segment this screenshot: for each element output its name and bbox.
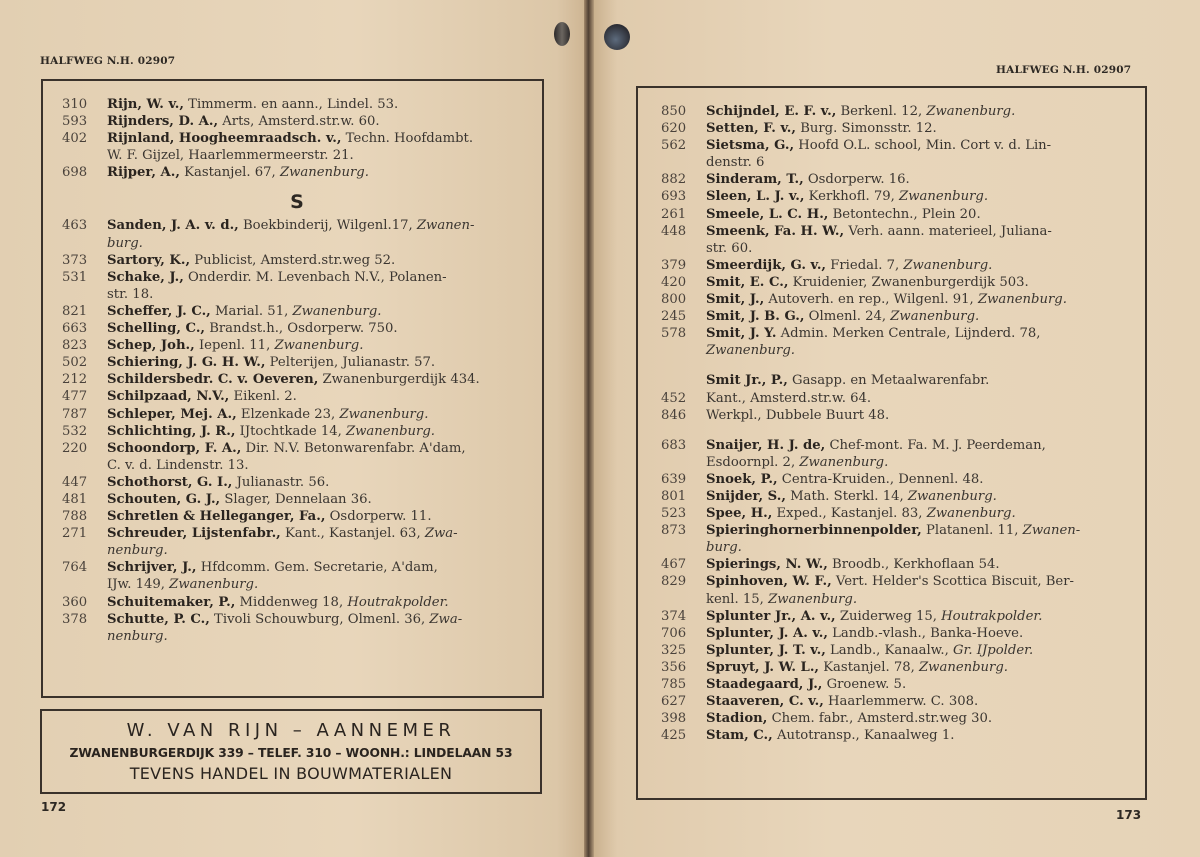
entry-details: Zwanenburgerdijk 434. [318, 372, 479, 387]
entry-text: Sleen, L. J. v., Kerkhofl. 79, Zwanenbur… [706, 188, 1131, 205]
entry-details: Kastanjel. 67, [180, 165, 280, 180]
entry-name: Sanden, J. A. v. d., [107, 218, 239, 233]
entry-locality: Zwanen- [417, 218, 475, 233]
phone-number: 693 [661, 188, 706, 205]
phone-number: 627 [661, 693, 706, 710]
phone-number: 785 [661, 676, 706, 693]
running-head-left: HALFWEG N.H. 02907 [40, 55, 175, 67]
entry-locality: Zwanenburg. [799, 455, 888, 470]
entry-details: Chem. fabr., Amsterd.str.weg 30. [767, 711, 992, 726]
entry-locality: burg. [706, 540, 742, 555]
directory-entry: 846Werkpl., Dubbele Buurt 48. [661, 407, 1131, 424]
entry-details: Slager, Dennelaan 36. [220, 492, 372, 507]
entry-name: Schijndel, E. F. v., [706, 104, 836, 119]
entry-details: Onderdir. M. Levenbach N.V., Polanen- [184, 270, 447, 285]
entry-text: Sinderam, T., Osdorperw. 16. [706, 171, 1131, 188]
entry-text: Schildersbedr. C. v. Oeveren, Zwanenburg… [107, 371, 532, 388]
directory-entry: 823Schep, Joh., Iepenl. 11, Zwanenburg. [62, 337, 532, 354]
entry-locality: Gr. IJpolder. [953, 643, 1033, 658]
entry-locality: nenburg. [107, 629, 168, 644]
phone-number: 373 [62, 252, 107, 269]
spacer [661, 424, 1131, 437]
entry-locality: Zwanenburg. [926, 104, 1015, 119]
phone-number: 452 [661, 390, 706, 407]
entry-text: Spierings, N. W., Broodb., Kerkhoflaan 5… [706, 556, 1131, 573]
entry-name: Rijper, A., [107, 165, 180, 180]
entry-locality: Zwanenburg. [899, 189, 988, 204]
entries-s: 463Sanden, J. A. v. d., Boekbinderij, Wi… [62, 217, 532, 644]
entry-name: Sinderam, T., [706, 172, 804, 187]
entry-name: Scheffer, J. C., [107, 304, 211, 319]
entry-details: Pelterijen, Julianastr. 57. [265, 355, 435, 370]
section-letter: S [62, 189, 532, 215]
directory-entry: 873Spieringhornerbinnenpolder, Platanenl… [661, 522, 1131, 539]
directory-entry: 562Sietsma, G., Hoofd O.L. school, Min. … [661, 137, 1131, 154]
directory-entry: 683Snaijer, H. J. de, Chef-mont. Fa. M. … [661, 437, 1131, 454]
entry-name: Smit Jr., P., [706, 373, 788, 388]
entry-text: Snoek, P., Centra-Kruiden., Dennenl. 48. [706, 471, 1131, 488]
entry-text: Schrijver, J., Hfdcomm. Gem. Secretarie,… [107, 559, 532, 576]
phone-number: 620 [661, 120, 706, 137]
phone-number: 360 [62, 594, 107, 611]
entry-name: Rijnders, D. A., [107, 114, 218, 129]
directory-entry: 821Scheffer, J. C., Marial. 51, Zwanenbu… [62, 303, 532, 320]
entry-locality: Zwanenburg. [346, 424, 435, 439]
directory-entry: 693Sleen, L. J. v., Kerkhofl. 79, Zwanen… [661, 188, 1131, 205]
entry-details: Autoverh. en rep., Wilgenl. 91, [764, 292, 978, 307]
entry-name: Schildersbedr. C. v. Oeveren, [107, 372, 318, 387]
entry-locality: nenburg. [107, 543, 168, 558]
entry-name: Spruyt, J. W. L., [706, 660, 819, 675]
entry-text: Setten, F. v., Burg. Simonsstr. 12. [706, 120, 1131, 137]
directory-entry: 829Spinhoven, W. F., Vert. Helder's Scot… [661, 573, 1131, 590]
directory-entry: 467Spierings, N. W., Broodb., Kerkhoflaa… [661, 556, 1131, 573]
entry-details: IJtochtkade 14, [235, 424, 346, 439]
phone-number: 821 [62, 303, 107, 320]
entry-text: Smit, J. Y. Admin. Merken Centrale, Lijn… [706, 325, 1131, 342]
phone-number: 683 [661, 437, 706, 454]
entry-name: Snaijer, H. J. de, [706, 438, 825, 453]
entry-text: Stam, C., Autotransp., Kanaalweg 1. [706, 727, 1131, 744]
phone-number: 800 [661, 291, 706, 308]
entry-text: Schleper, Mej. A., Elzenkade 23, Zwanenb… [107, 406, 532, 423]
entry-name: Stadion, [706, 711, 767, 726]
entry-details: Marial. 51, [211, 304, 293, 319]
entry-text: Schreuder, Lijstenfabr., Kant., Kastanje… [107, 525, 532, 542]
entry-name: Schelling, C., [107, 321, 205, 336]
binding-hole-icon [604, 24, 630, 50]
entry-details: Boekbinderij, Wilgenl.17, [239, 218, 417, 233]
directory-entry: 502Schiering, J. G. H. W., Pelterijen, J… [62, 354, 532, 371]
entry-name: Schep, Joh., [107, 338, 195, 353]
directory-entry: 663Schelling, C., Brandst.h., Osdorperw.… [62, 320, 532, 337]
directory-entry: 627Staaveren, C. v., Haarlemmerw. C. 308… [661, 693, 1131, 710]
entry-locality: Zwanenburg. [890, 309, 979, 324]
entry-details: Middenweg 18, [235, 595, 347, 610]
entry-details: Exped., Kastanjel. 83, [772, 506, 926, 521]
advertisement-box: W. VAN RIJN – AANNEMER ZWANENBURGERDIJK … [40, 709, 542, 794]
entry-text: Schijndel, E. F. v., Berkenl. 12, Zwanen… [706, 103, 1131, 120]
entries-group-a: 850Schijndel, E. F. v., Berkenl. 12, Zwa… [661, 103, 1131, 359]
entry-details: Autotransp., Kanaalweg 1. [773, 728, 955, 743]
entry-name: Smeele, L. C. H., [706, 207, 828, 222]
phone-number: 374 [661, 608, 706, 625]
entry-details: Friedal. 7, [826, 258, 903, 273]
entry-text: Splunter, J. A. v., Landb.-vlash., Banka… [706, 625, 1131, 642]
entry-details: str. 60. [706, 241, 752, 256]
entries-r: 310Rijn, W. v., Timmerm. en aann., Linde… [62, 96, 532, 181]
entry-text: Schelling, C., Brandst.h., Osdorperw. 75… [107, 320, 532, 337]
entry-details: Admin. Merken Centrale, Lijnderd. 78, [776, 326, 1040, 341]
directory-entry: 356Spruyt, J. W. L., Kastanjel. 78, Zwan… [661, 659, 1131, 676]
entry-details: Platanenl. 11, [922, 523, 1023, 538]
entry-name: Staadegaard, J., [706, 677, 822, 692]
phone-number: 467 [661, 556, 706, 573]
directory-entry: 271Schreuder, Lijstenfabr., Kant., Kasta… [62, 525, 532, 542]
entry-details: Werkpl., Dubbele Buurt 48. [706, 408, 889, 423]
entry-name: Splunter Jr., A. v., [706, 609, 836, 624]
phone-number: 220 [62, 440, 107, 457]
phone-number: 402 [62, 130, 107, 147]
entry-name: Smit, J. B. G., [706, 309, 804, 324]
phone-number: 532 [62, 423, 107, 440]
directory-entry: 593Rijnders, D. A., Arts, Amsterd.str.w.… [62, 113, 532, 130]
entry-name: Schlichting, J. R., [107, 424, 235, 439]
directory-entry: 788Schretlen & Helleganger, Fa., Osdorpe… [62, 508, 532, 525]
phone-number: 378 [62, 611, 107, 628]
phone-number: 787 [62, 406, 107, 423]
entry-name: Spinhoven, W. F., [706, 574, 832, 589]
entry-text: Schiering, J. G. H. W., Pelterijen, Juli… [107, 354, 532, 371]
entry-text: Rijnders, D. A., Arts, Amsterd.str.w. 60… [107, 113, 532, 130]
entry-locality: Zwanenburg. [908, 489, 997, 504]
entry-text: Schake, J., Onderdir. M. Levenbach N.V.,… [107, 269, 532, 286]
phone-number: 764 [62, 559, 107, 576]
entry-continuation: nenburg. [62, 628, 532, 645]
entry-name: Spierings, N. W., [706, 557, 828, 572]
page-number-left: 172 [41, 800, 66, 814]
entry-name: Spee, H., [706, 506, 772, 521]
entry-locality: Zwanenburg. [978, 292, 1067, 307]
entry-name: Schilpzaad, N.V., [107, 389, 229, 404]
directory-listing-left: 310Rijn, W. v., Timmerm. en aann., Linde… [62, 96, 532, 645]
phone-number: 477 [62, 388, 107, 405]
entry-details: Landb., Kanaalw., [826, 643, 953, 658]
phone-number: 261 [661, 206, 706, 223]
ad-tagline: TEVENS HANDEL IN BOUWMATERIALEN [42, 763, 540, 784]
entry-details: Tivoli Schouwburg, Olmenl. 36, [210, 612, 430, 627]
directory-entry: 447Schothorst, G. I., Julianastr. 56. [62, 474, 532, 491]
phone-number: 310 [62, 96, 107, 113]
directory-entry: 532Schlichting, J. R., IJtochtkade 14, Z… [62, 423, 532, 440]
directory-entry: 420Smit, E. C., Kruidenier, Zwanenburger… [661, 274, 1131, 291]
entry-text: Schep, Joh., Iepenl. 11, Zwanenburg. [107, 337, 532, 354]
entry-locality: burg. [107, 236, 143, 251]
entry-continuation: Zwanenburg. [661, 342, 1131, 359]
entry-details: Landb.-vlash., Banka-Hoeve. [828, 626, 1023, 641]
entry-details: Gasapp. en Metaalwarenfabr. [788, 373, 990, 388]
entry-details: Verh. aann. materieel, Juliana- [844, 224, 1052, 239]
entry-name: Sietsma, G., [706, 138, 794, 153]
entry-name: Sleen, L. J. v., [706, 189, 804, 204]
directory-entry: 785Staadegaard, J., Groenew. 5. [661, 676, 1131, 693]
entry-text: Smit, J., Autoverh. en rep., Wilgenl. 91… [706, 291, 1131, 308]
directory-entry: 850Schijndel, E. F. v., Berkenl. 12, Zwa… [661, 103, 1131, 120]
phone-number: 463 [62, 217, 107, 234]
entry-details: Haarlemmerw. C. 308. [824, 694, 978, 709]
directory-entry: 882Sinderam, T., Osdorperw. 16. [661, 171, 1131, 188]
entry-text: Staaveren, C. v., Haarlemmerw. C. 308. [706, 693, 1131, 710]
entry-details: C. v. d. Lindenstr. 13. [107, 458, 249, 473]
entry-details: Kant., Amsterd.str.w. 64. [706, 391, 871, 406]
entry-locality: Zwanen- [1023, 523, 1081, 538]
directory-entry: 378Schutte, P. C., Tivoli Schouwburg, Ol… [62, 611, 532, 628]
entry-name: Smeenk, Fa. H. W., [706, 224, 844, 239]
phone-number: 502 [62, 354, 107, 371]
entry-text: Schuitemaker, P., Middenweg 18, Houtrakp… [107, 594, 532, 611]
entry-details: Chef-mont. Fa. M. J. Peerdeman, [825, 438, 1046, 453]
entry-details: Timmerm. en aann., Lindel. 53. [184, 97, 398, 112]
entry-details: Techn. Hoofdambt. [341, 131, 473, 146]
phone-number: 846 [661, 407, 706, 424]
entry-name: Rijn, W. v., [107, 97, 184, 112]
entry-details: Eikenl. 2. [229, 389, 297, 404]
entry-text: Schlichting, J. R., IJtochtkade 14, Zwan… [107, 423, 532, 440]
phone-number: 823 [62, 337, 107, 354]
directory-entry: 379Smeerdijk, G. v., Friedal. 7, Zwanenb… [661, 257, 1131, 274]
entry-details: Publicist, Amsterd.str.weg 52. [190, 253, 395, 268]
entry-name: Schothorst, G. I., [107, 475, 232, 490]
directory-entry: 620Setten, F. v., Burg. Simonsstr. 12. [661, 120, 1131, 137]
entry-details: Julianastr. 56. [232, 475, 329, 490]
entry-continuation: burg. [62, 235, 532, 252]
entry-details: Olmenl. 24, [804, 309, 890, 324]
directory-entry: 452Kant., Amsterd.str.w. 64. [661, 390, 1131, 407]
entry-details: Osdorperw. 16. [804, 172, 910, 187]
phone-number: 523 [661, 505, 706, 522]
entry-locality: Zwa- [429, 612, 462, 627]
entry-continuation: str. 60. [661, 240, 1131, 257]
entry-locality: Zwanenburg. [339, 407, 428, 422]
directory-entry: 801Snijder, S., Math. Sterkl. 14, Zwanen… [661, 488, 1131, 505]
directory-entry: 261Smeele, L. C. H., Betontechn., Plein … [661, 206, 1131, 223]
entry-details: denstr. 6 [706, 155, 764, 170]
phone-number: 398 [661, 710, 706, 727]
directory-entry: 523Spee, H., Exped., Kastanjel. 83, Zwan… [661, 505, 1131, 522]
entry-text: Smit Jr., P., Gasapp. en Metaalwarenfabr… [706, 372, 1131, 389]
entry-name: Spieringhornerbinnenpolder, [706, 523, 922, 538]
entry-name: Schiering, J. G. H. W., [107, 355, 265, 370]
entry-name: Smit, J., [706, 292, 764, 307]
entry-name: Schrijver, J., [107, 560, 197, 575]
phone-number: 593 [62, 113, 107, 130]
entry-details: Kruidenier, Zwanenburgerdijk 503. [788, 275, 1028, 290]
entry-details: Berkenl. 12, [836, 104, 926, 119]
entries-group-c: 683Snaijer, H. J. de, Chef-mont. Fa. M. … [661, 437, 1131, 745]
entry-locality: Zwanenburg. [706, 343, 795, 358]
entry-name: Schretlen & Helleganger, Fa., [107, 509, 325, 524]
phone-number: 481 [62, 491, 107, 508]
phone-number: 325 [661, 642, 706, 659]
spacer [661, 359, 1131, 372]
entry-details: Dir. N.V. Betonwarenfabr. A'dam, [241, 441, 465, 456]
entry-locality: Zwa- [425, 526, 458, 541]
entry-text: Snaijer, H. J. de, Chef-mont. Fa. M. J. … [706, 437, 1131, 454]
entry-text: Smeele, L. C. H., Betontechn., Plein 20. [706, 206, 1131, 223]
entry-details: Esdoornpl. 2, [706, 455, 799, 470]
entry-text: Scheffer, J. C., Marial. 51, Zwanenburg. [107, 303, 532, 320]
directory-entry: 374Splunter Jr., A. v., Zuiderweg 15, Ho… [661, 608, 1131, 625]
entry-continuation: str. 18. [62, 286, 532, 303]
phone-number: 873 [661, 522, 706, 539]
directory-entry: 764Schrijver, J., Hfdcomm. Gem. Secretar… [62, 559, 532, 576]
entry-name: Rijnland, Hoogheemraadsch. v., [107, 131, 341, 146]
phone-number: 788 [62, 508, 107, 525]
entry-text: Schouten, G. J., Slager, Dennelaan 36. [107, 491, 532, 508]
entry-text: Spruyt, J. W. L., Kastanjel. 78, Zwanenb… [706, 659, 1131, 676]
entry-text: Schilpzaad, N.V., Eikenl. 2. [107, 388, 532, 405]
entry-text: Rijn, W. v., Timmerm. en aann., Lindel. … [107, 96, 532, 113]
entry-text: Sietsma, G., Hoofd O.L. school, Min. Cor… [706, 137, 1131, 154]
entry-details: kenl. 15, [706, 592, 768, 607]
entry-continuation: denstr. 6 [661, 154, 1131, 171]
entry-name: Smit, J. Y. [706, 326, 776, 341]
entry-text: Smeerdijk, G. v., Friedal. 7, Zwanenburg… [706, 257, 1131, 274]
entry-name: Smit, E. C., [706, 275, 788, 290]
entry-details: Kant., Kastanjel. 63, [281, 526, 425, 541]
phone-number: 801 [661, 488, 706, 505]
entry-text: Schoondorp, F. A., Dir. N.V. Betonwarenf… [107, 440, 532, 457]
directory-entry: 425Stam, C., Autotransp., Kanaalweg 1. [661, 727, 1131, 744]
entry-name: Schouten, G. J., [107, 492, 220, 507]
phone-number: 448 [661, 223, 706, 240]
directory-entry: 373Sartory, K., Publicist, Amsterd.str.w… [62, 252, 532, 269]
ad-address: ZWANENBURGERDIJK 339 – TELEF. 310 – WOON… [42, 745, 540, 762]
entry-text: Kant., Amsterd.str.w. 64. [706, 390, 1131, 407]
entry-continuation: nenburg. [62, 542, 532, 559]
phone-number: 271 [62, 525, 107, 542]
phone-number: 531 [62, 269, 107, 286]
entry-name: Schreuder, Lijstenfabr., [107, 526, 281, 541]
entry-locality: Zwanenburg. [292, 304, 381, 319]
entry-continuation: burg. [661, 539, 1131, 556]
entry-details: Burg. Simonsstr. 12. [796, 121, 937, 136]
phone-number: 245 [661, 308, 706, 325]
entry-locality: Houtrakpolder. [941, 609, 1042, 624]
directory-entry: 310Rijn, W. v., Timmerm. en aann., Linde… [62, 96, 532, 113]
entry-text: Sartory, K., Publicist, Amsterd.str.weg … [107, 252, 532, 269]
directory-entry: 402Rijnland, Hoogheemraadsch. v., Techn.… [62, 130, 532, 147]
entry-details: Broodb., Kerkhoflaan 54. [828, 557, 1000, 572]
entry-text: Staadegaard, J., Groenew. 5. [706, 676, 1131, 693]
entry-name: Schutte, P. C., [107, 612, 210, 627]
phone-number: 420 [661, 274, 706, 291]
entry-name: Schoondorp, F. A., [107, 441, 241, 456]
entry-details: Hoofd O.L. school, Min. Cort v. d. Lin- [794, 138, 1051, 153]
directory-listing-right: 850Schijndel, E. F. v., Berkenl. 12, Zwa… [661, 103, 1131, 744]
entry-text: Rijnland, Hoogheemraadsch. v., Techn. Ho… [107, 130, 532, 147]
entry-continuation: Esdoornpl. 2, Zwanenburg. [661, 454, 1131, 471]
entry-details: Vert. Helder's Scottica Biscuit, Ber- [832, 574, 1074, 589]
phone-number: 829 [661, 573, 706, 590]
phone-number: 425 [661, 727, 706, 744]
entry-name: Splunter, J. T. v., [706, 643, 826, 658]
entry-details: Zuiderweg 15, [836, 609, 942, 624]
entry-details: Centra-Kruiden., Dennenl. 48. [778, 472, 984, 487]
entry-details: Groenew. 5. [822, 677, 906, 692]
entry-name: Staaveren, C. v., [706, 694, 824, 709]
entry-locality: Zwanenburg. [903, 258, 992, 273]
directory-entry: Smit Jr., P., Gasapp. en Metaalwarenfabr… [661, 372, 1131, 389]
entry-text: Schothorst, G. I., Julianastr. 56. [107, 474, 532, 491]
phone-number: 639 [661, 471, 706, 488]
directory-entry: 706Splunter, J. A. v., Landb.-vlash., Ba… [661, 625, 1131, 642]
entry-text: Smit, E. C., Kruidenier, Zwanenburgerdij… [706, 274, 1131, 291]
entry-name: Schuitemaker, P., [107, 595, 235, 610]
entry-locality: Zwanenburg. [768, 592, 857, 607]
phone-number: 850 [661, 103, 706, 120]
entry-continuation: IJw. 149, Zwanenburg. [62, 576, 532, 593]
entry-name: Snijder, S., [706, 489, 786, 504]
entry-details: Hfdcomm. Gem. Secretarie, A'dam, [197, 560, 438, 575]
directory-entry: 448Smeenk, Fa. H. W., Verh. aann. materi… [661, 223, 1131, 240]
entry-details: str. 18. [107, 287, 153, 302]
entry-details: Math. Sterkl. 14, [786, 489, 908, 504]
directory-entry: 325Splunter, J. T. v., Landb., Kanaalw.,… [661, 642, 1131, 659]
entry-details: Iepenl. 11, [195, 338, 275, 353]
directory-entry: 531Schake, J., Onderdir. M. Levenbach N.… [62, 269, 532, 286]
entry-details: Elzenkade 23, [237, 407, 340, 422]
entry-text: Smit, J. B. G., Olmenl. 24, Zwanenburg. [706, 308, 1131, 325]
entry-details: Arts, Amsterd.str.w. 60. [218, 114, 380, 129]
phone-number: 882 [661, 171, 706, 188]
entry-text: Spieringhornerbinnenpolder, Platanenl. 1… [706, 522, 1131, 539]
entry-name: Schake, J., [107, 270, 184, 285]
entry-locality: Zwanenburg. [274, 338, 363, 353]
entry-continuation: kenl. 15, Zwanenburg. [661, 591, 1131, 608]
entry-continuation: W. F. Gijzel, Haarlemmermeerstr. 21. [62, 147, 532, 164]
directory-entry: 639Snoek, P., Centra-Kruiden., Dennenl. … [661, 471, 1131, 488]
directory-entry: 578Smit, J. Y. Admin. Merken Centrale, L… [661, 325, 1131, 342]
entry-locality: Zwanenburg. [919, 660, 1008, 675]
directory-entry: 220Schoondorp, F. A., Dir. N.V. Betonwar… [62, 440, 532, 457]
entry-details: Kerkhofl. 79, [804, 189, 899, 204]
entry-name: Setten, F. v., [706, 121, 796, 136]
entry-text: Werkpl., Dubbele Buurt 48. [706, 407, 1131, 424]
entry-text: Spee, H., Exped., Kastanjel. 83, Zwanenb… [706, 505, 1131, 522]
book-spine [584, 0, 594, 857]
entry-name: Sartory, K., [107, 253, 190, 268]
entry-locality: Zwanenburg. [927, 506, 1016, 521]
entry-details: Brandst.h., Osdorperw. 750. [205, 321, 398, 336]
phone-number: 562 [661, 137, 706, 154]
phone-number: 447 [62, 474, 107, 491]
phone-number: 212 [62, 371, 107, 388]
entry-details: Betontechn., Plein 20. [828, 207, 980, 222]
entry-text: Splunter, J. T. v., Landb., Kanaalw., Gr… [706, 642, 1131, 659]
directory-entry: 477Schilpzaad, N.V., Eikenl. 2. [62, 388, 532, 405]
entry-text: Smeenk, Fa. H. W., Verh. aann. materieel… [706, 223, 1131, 240]
entry-details: W. F. Gijzel, Haarlemmermeerstr. 21. [107, 148, 354, 163]
directory-entry: 787Schleper, Mej. A., Elzenkade 23, Zwan… [62, 406, 532, 423]
entry-text: Schretlen & Helleganger, Fa., Osdorperw.… [107, 508, 532, 525]
entry-locality: Zwanenburg. [169, 577, 258, 592]
phone-number: 663 [62, 320, 107, 337]
entry-text: Snijder, S., Math. Sterkl. 14, Zwanenbur… [706, 488, 1131, 505]
directory-entry: 398Stadion, Chem. fabr., Amsterd.str.weg… [661, 710, 1131, 727]
entries-group-smit-jr: Smit Jr., P., Gasapp. en Metaalwarenfabr… [661, 372, 1131, 423]
phone-number: 698 [62, 164, 107, 181]
